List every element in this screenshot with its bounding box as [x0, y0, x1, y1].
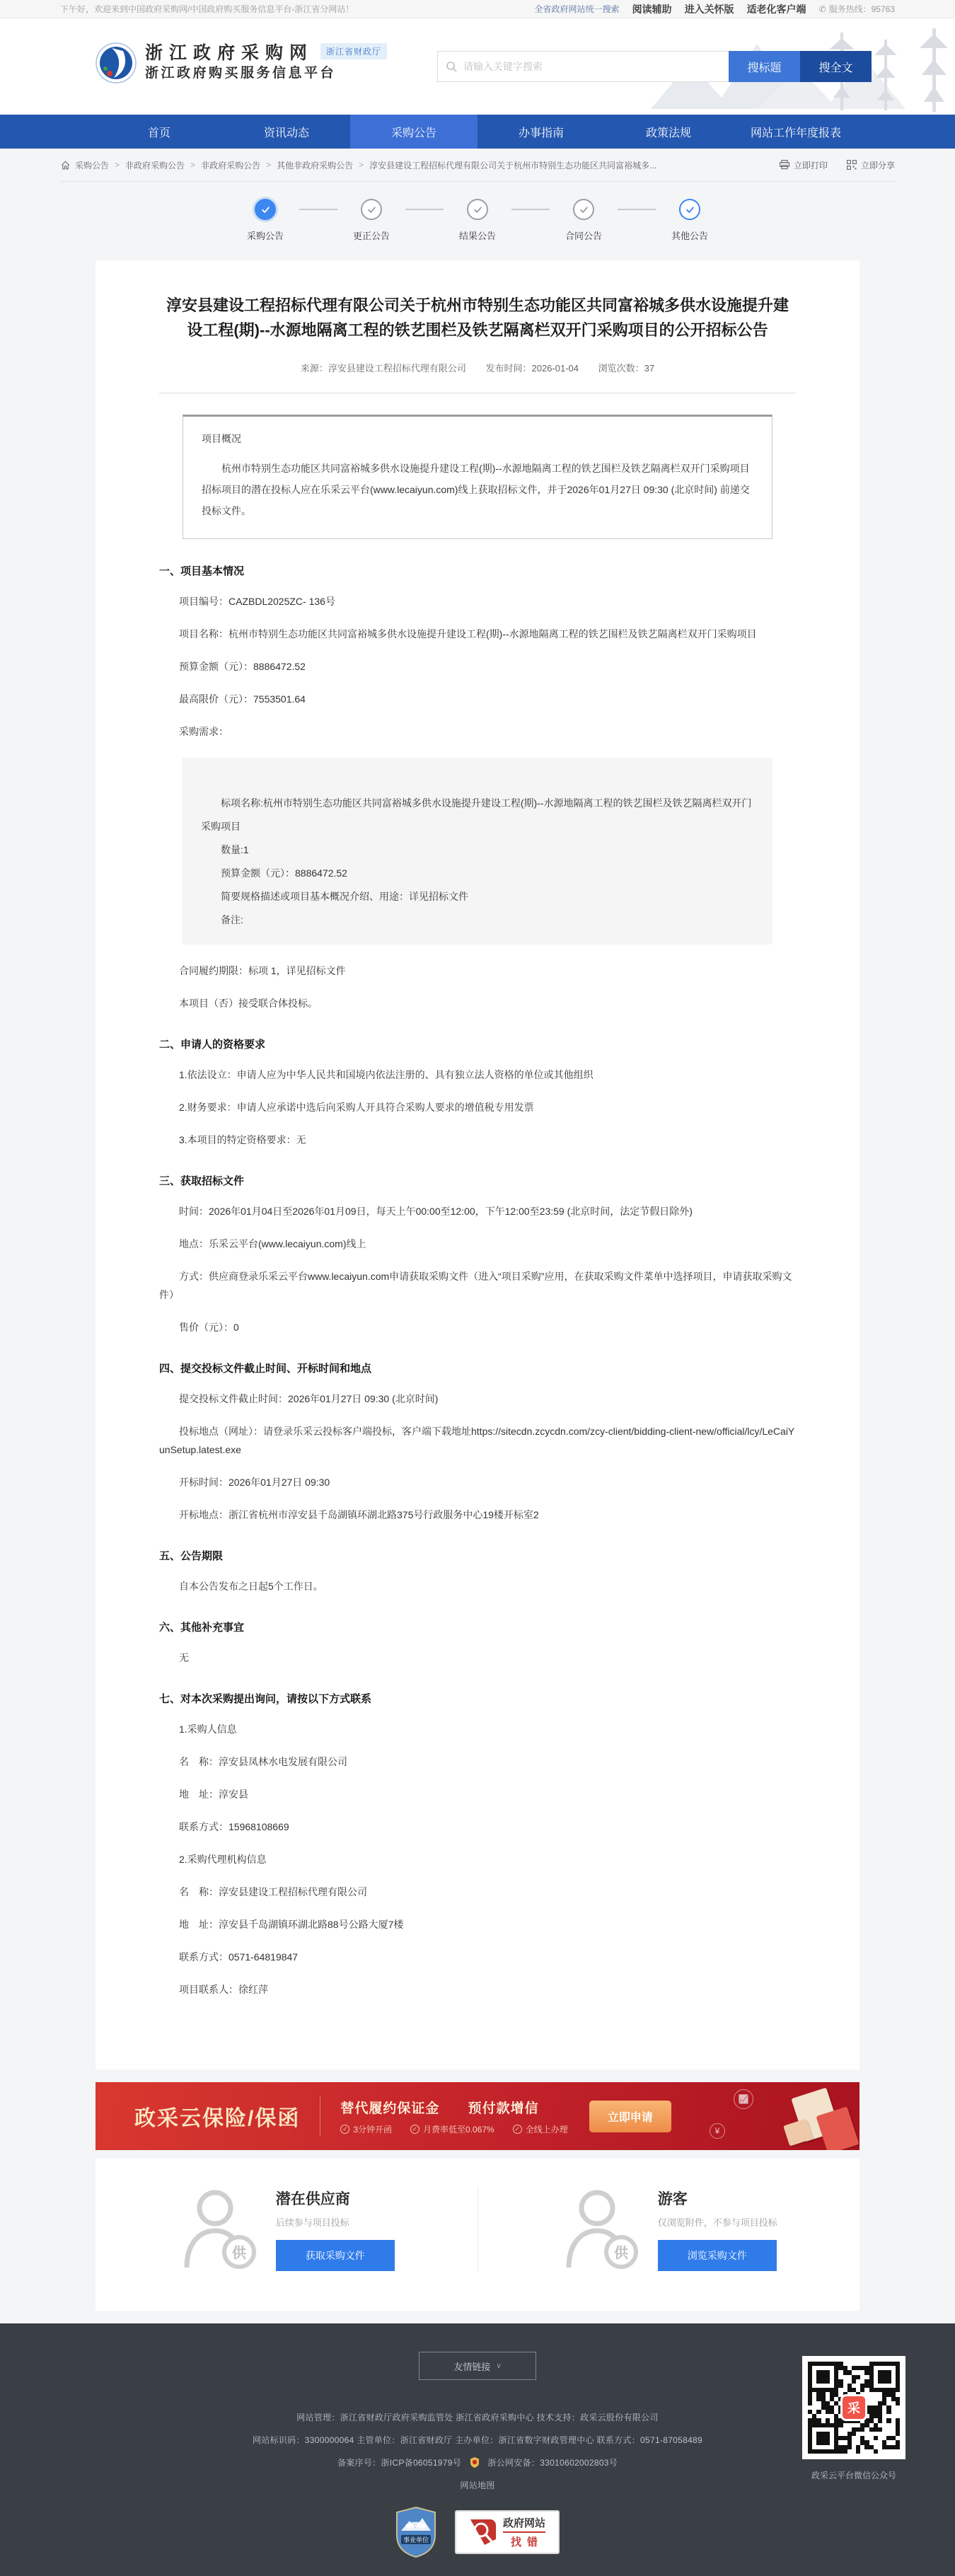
- breadcrumb-item-3[interactable]: 非政府采购公告: [201, 159, 260, 171]
- step-1[interactable]: 采购公告: [240, 199, 291, 242]
- step-5[interactable]: 其他公告: [664, 199, 715, 242]
- share-qr-icon: [846, 159, 857, 171]
- banner-feature-3: ✓全线上办理: [513, 2123, 568, 2135]
- action-panels: 供 潜在供应商 后续参与项目投标 获取采购文件 供 游客 仅浏览附件，不参与项目…: [95, 2159, 859, 2311]
- banner-slogan-1: 替代履约保证金: [340, 2101, 439, 2116]
- magnifier-icon: [469, 2518, 497, 2546]
- qr-code: 采: [802, 2356, 905, 2459]
- topbar-link-unified-search[interactable]: 全省政府网站统一搜索: [535, 3, 620, 15]
- search-fulltext-button[interactable]: 搜全文: [800, 51, 872, 82]
- site-footer: 友情链接 ∨ 网站管理：浙江省财政厅政府采购监管处 浙江省政府采购中心 技术支持…: [0, 2323, 955, 2576]
- body-line: 3.本项目的特定资格要求：无: [159, 1131, 796, 1149]
- step-check-icon: [255, 199, 276, 220]
- phone-icon: ✆: [819, 4, 826, 14]
- step-check-icon: [679, 199, 700, 220]
- section-heading: 一、项目基本情况: [159, 563, 796, 578]
- step-4[interactable]: 合同公告: [558, 199, 609, 242]
- topbar-links: 全省政府网站统一搜索 阅读辅助 进入关怀版 适老化客户端 ✆ 服务热线：9576…: [535, 2, 895, 16]
- topbar-link-elderly-client[interactable]: 适老化客户端: [747, 2, 806, 16]
- visitor-panel-title: 游客: [658, 2188, 777, 2209]
- step-connector-line: [405, 209, 444, 210]
- body-line: 采购需求：: [159, 722, 796, 741]
- svg-text:供: 供: [232, 2245, 247, 2261]
- page-body: 采购公告 > 非政府采购公告 > 非政府采购公告 > 其他非政府采购公告 > 淳…: [0, 149, 955, 2323]
- search-icon: [446, 61, 457, 72]
- announcement-card: 淳安县建设工程招标代理有限公司关于杭州市特别生态功能区共同富裕城多供水设施提升建…: [95, 260, 859, 2069]
- step-label: 合同公告: [565, 229, 602, 242]
- step-connector-line: [299, 209, 337, 210]
- project-overview-text: 杭州市特别生态功能区共同富裕城多供水设施提升建设工程(期)--水源地隔离工程的铁…: [202, 458, 753, 521]
- site-search: 搜标题 搜全文: [437, 51, 872, 82]
- share-label: 立即分享: [861, 159, 895, 171]
- meta-pubtime: 发布时间：2026-01-04: [486, 363, 579, 374]
- body-line: 地 址：淳安县千岛湖镇环湖北路88号公路大厦7楼: [159, 1915, 796, 1934]
- body-line: 联系方式：0571-64819847: [159, 1948, 796, 1966]
- banner-slogan-2: 预付款增信: [468, 2101, 539, 2116]
- body-line: 开标地点：浙江省杭州市淳安县千岛湖镇环湖北路375号行政服务中心19楼开标室2: [159, 1506, 796, 1524]
- meta-source: 来源：淳安县建设工程招标代理有限公司: [301, 363, 466, 374]
- main-nav: 首页 资讯动态 采购公告 办事指南 政策法规 网站工作年度报表: [0, 115, 955, 149]
- banner-title: 政采云保险/保函: [134, 2101, 300, 2132]
- body-line: 项目编号：CAZBDL2025ZC- 136号: [159, 592, 796, 611]
- dept-badge: 浙江省财政厅: [320, 43, 387, 59]
- home-icon[interactable]: [60, 160, 71, 171]
- nav-item-annual-report[interactable]: 网站工作年度报表: [732, 115, 859, 149]
- meta-views: 浏览次数：37: [598, 363, 654, 374]
- nav-item-news[interactable]: 资讯动态: [223, 115, 350, 149]
- breadcrumb-separator: >: [266, 160, 271, 170]
- lot-info-line: 简要规格描述或项目基本概况介绍、用途：详见招标文件: [201, 885, 754, 908]
- step-connector-line: [511, 209, 550, 210]
- police-badge-icon: [470, 2457, 480, 2468]
- breadcrumb-separator: >: [190, 160, 195, 170]
- lot-info-box: 标项名称:杭州市特别生态功能区共同富裕城多供水设施提升建设工程(期)--水源地隔…: [183, 758, 772, 945]
- body-line: 地点：乐采云平台(www.lecaiyun.com)线上: [159, 1235, 796, 1253]
- body-line: 方式：供应商登录乐采云平台www.lecaiyun.com申请获取采购文件（进入…: [159, 1267, 796, 1304]
- get-procurement-docs-button[interactable]: 获取采购文件: [276, 2240, 395, 2271]
- nav-item-home[interactable]: 首页: [95, 115, 223, 149]
- greeting-text: 下午好，欢迎来到中国政府采购网/中国政府购买服务信息平台-浙江省分网站！: [60, 3, 354, 15]
- service-hotline-text: 服务热线：95763: [829, 3, 895, 15]
- project-overview-title: 项目概况: [202, 428, 753, 449]
- visitor-person-icon: 供: [560, 2187, 639, 2272]
- meta-divider: [159, 393, 796, 393]
- top-utility-bar: 下午好，欢迎来到中国政府采购网/中国政府购买服务信息平台-浙江省分网站！ 全省政…: [0, 0, 955, 18]
- site-emblem-icon: [95, 42, 137, 83]
- check-circle-icon: ✓: [513, 2125, 522, 2134]
- breadcrumb-current: 淳安县建设工程招标代理有限公司关于杭州市特别生态功能区共同富裕城多...: [369, 159, 656, 171]
- supplier-panel: 供 潜在供应商 后续参与项目投标 获取采购文件: [95, 2187, 477, 2272]
- announcement-meta: 来源：淳安县建设工程招标代理有限公司 发布时间：2026-01-04 浏览次数：…: [159, 361, 796, 374]
- banner-slogans: 替代履约保证金 预付款增信 ✓3分钟开函 ✓月费率低至0.067% ✓全线上办理: [340, 2098, 567, 2135]
- banner-illustration: 📈 ¥: [697, 2082, 859, 2150]
- section-heading: 七、对本次采购提出询问，请按以下方式联系: [159, 1691, 796, 1706]
- icp-number: 备案序号：浙ICP备06051979号: [337, 2458, 461, 2468]
- body-line: 提交投标文件截止时间：2026年01月27日 09:30 (北京时间): [159, 1390, 796, 1408]
- body-line: 名 称：淳安县凤林水电发展有限公司: [159, 1752, 796, 1771]
- banner-apply-button[interactable]: 立即申请: [589, 2101, 671, 2132]
- section-heading: 二、申请人的资格要求: [159, 1036, 796, 1051]
- qr-caption: 政采云平台微信公众号: [802, 2469, 905, 2481]
- site-header: 浙江政府采购网浙江省财政厅 浙江政府购买服务信息平台 搜标题 搜全文: [0, 18, 955, 115]
- body-line: 最高限价（元）：7553501.64: [159, 690, 796, 708]
- breadcrumb-actions: 立即打印 立即分享: [779, 159, 895, 171]
- print-label: 立即打印: [794, 159, 828, 171]
- notice-type-steps: 采购公告更正公告结果公告合同公告其他公告: [0, 182, 955, 260]
- breadcrumb-bar: 采购公告 > 非政府采购公告 > 非政府采购公告 > 其他非政府采购公告 > 淳…: [60, 149, 895, 182]
- lot-info-line: 标项名称:杭州市特别生态功能区共同富裕城多供水设施提升建设工程(期)--水源地隔…: [201, 792, 754, 838]
- friendly-links-label: 友情链接: [453, 2360, 490, 2373]
- gov-badge-line1: 政府网站: [503, 2515, 545, 2533]
- supplier-person-icon: 供: [178, 2187, 257, 2272]
- site-logo[interactable]: 浙江政府采购网浙江省财政厅 浙江政府购买服务信息平台: [95, 42, 387, 83]
- qr-module: [896, 2449, 900, 2454]
- breadcrumb-item-4[interactable]: 其他非政府采购公告: [277, 159, 353, 171]
- body-line: 2.财务要求：申请人应承诺中选后向采购人开具符合采购人要求的增值税专用发票: [159, 1098, 796, 1116]
- site-subtitle: 浙江政府购买服务信息平台: [145, 64, 387, 83]
- wechat-qr-block: 采 政采云平台微信公众号: [802, 2356, 905, 2481]
- section-heading: 六、其他补充事宜: [159, 1619, 796, 1634]
- body-line: 联系方式：15968108669: [159, 1818, 796, 1836]
- nav-item-policies[interactable]: 政策法规: [605, 115, 732, 149]
- gov-badge-line2: 找错: [505, 2534, 543, 2549]
- step-label: 结果公告: [459, 229, 496, 242]
- share-button[interactable]: 立即分享: [846, 159, 895, 171]
- section-heading: 五、公告期限: [159, 1548, 796, 1563]
- banner-feature-2: ✓月费率低至0.067%: [410, 2123, 494, 2135]
- breadcrumb-separator: >: [115, 160, 120, 170]
- public-institution-badge[interactable]: 事业单位: [395, 2507, 436, 2558]
- supplier-panel-desc: 后续参与项目投标: [276, 2215, 395, 2229]
- body-line: 合同履约期限：标项 1，详见招标文件: [159, 961, 796, 980]
- step-3[interactable]: 结果公告: [452, 199, 503, 242]
- topbar-link-reading-aid[interactable]: 阅读辅助: [632, 2, 672, 16]
- browse-procurement-docs-button[interactable]: 浏览采购文件: [658, 2240, 777, 2271]
- breadcrumb-separator: >: [359, 160, 364, 170]
- breadcrumb: 采购公告 > 非政府采购公告 > 非政府采购公告 > 其他非政府采购公告 > 淳…: [60, 159, 656, 171]
- nav-item-service-guide[interactable]: 办事指南: [477, 115, 605, 149]
- body-line: 项目联系人：徐红萍: [159, 1980, 796, 1999]
- announcement-sections: 一、项目基本情况项目编号：CAZBDL2025ZC- 136号项目名称：杭州市特…: [159, 563, 796, 1999]
- check-circle-icon: ✓: [340, 2125, 349, 2134]
- search-title-button[interactable]: 搜标题: [729, 51, 800, 82]
- body-line: 无: [159, 1648, 796, 1667]
- supplier-panel-title: 潜在供应商: [276, 2188, 395, 2209]
- body-line: 2.采购代理机构信息: [159, 1850, 796, 1869]
- project-overview-box: 项目概况 杭州市特别生态功能区共同富裕城多供水设施提升建设工程(期)--水源地隔…: [183, 415, 772, 539]
- announcement-title: 淳安县建设工程招标代理有限公司关于杭州市特别生态功能区共同富裕城多供水设施提升建…: [166, 293, 789, 342]
- body-line: 本项目（否）接受联合体投标。: [159, 994, 796, 1012]
- search-input[interactable]: [437, 51, 729, 82]
- qr-center-logo: 采: [840, 2394, 867, 2421]
- svg-text:事业单位: 事业单位: [403, 2536, 429, 2543]
- step-check-icon: [573, 199, 594, 220]
- step-label: 采购公告: [247, 229, 284, 242]
- print-button[interactable]: 立即打印: [779, 159, 828, 171]
- body-line: 投标地点（网址）：请登录乐采云投标客户端投标，客户端下载地址https://si…: [159, 1422, 796, 1459]
- step-2[interactable]: 更正公告: [346, 199, 397, 242]
- printer-icon: [779, 159, 790, 171]
- body-line: 名 称：淳安县建设工程招标代理有限公司: [159, 1883, 796, 1901]
- step-connector-line: [618, 209, 656, 210]
- chevron-down-icon: ∨: [496, 2362, 501, 2370]
- body-line: 1.依法设立：申请人应为中华人民共和国境内依法注册的、具有独立法人资格的单位或其…: [159, 1065, 796, 1084]
- site-title: 浙江政府采购网: [145, 42, 313, 64]
- check-circle-icon: ✓: [410, 2125, 419, 2134]
- step-check-icon: [467, 199, 488, 220]
- body-line: 时间：2026年01月04日至2026年01月09日，每天上午00:00至12:…: [159, 1202, 796, 1220]
- step-label: 更正公告: [353, 229, 390, 242]
- breadcrumb-item-2[interactable]: 非政府采购公告: [125, 159, 185, 171]
- lot-info-line: 预算金额（元）：8886472.52: [201, 862, 754, 885]
- body-line: 自本公告发布之日起5个工作日。: [159, 1577, 796, 1595]
- visitor-panel-desc: 仅浏览附件，不参与项目投标: [658, 2215, 777, 2229]
- gov-website-error-report-badge[interactable]: 政府网站 找错: [455, 2510, 560, 2554]
- visitor-panel: 供 游客 仅浏览附件，不参与项目投标 浏览采购文件: [477, 2187, 860, 2272]
- body-line: 项目名称：杭州市特别生态功能区共同富裕城多供水设施提升建设工程(期)--水源地隔…: [159, 625, 796, 643]
- body-line: 售价（元）：0: [159, 1318, 796, 1336]
- security-record-number: 浙公网安备：33010602002803号: [487, 2458, 618, 2468]
- body-line: 开标时间：2026年01月27日 09:30: [159, 1473, 796, 1491]
- site-title-block: 浙江政府采购网浙江省财政厅 浙江政府购买服务信息平台: [145, 42, 387, 83]
- zcy-insurance-banner: 政采云保险/保函 替代履约保证金 预付款增信 ✓3分钟开函 ✓月费率低至0.06…: [95, 2082, 859, 2150]
- lot-info-line: 数量:1: [201, 838, 754, 862]
- friendly-links-dropdown[interactable]: 友情链接 ∨: [419, 2352, 536, 2380]
- section-heading: 四、提交投标文件截止时间、开标时间和地点: [159, 1361, 796, 1375]
- body-line: 1.采购人信息: [159, 1720, 796, 1738]
- body-line: 地 址：淳安县: [159, 1785, 796, 1803]
- nav-item-procurement-notices[interactable]: 采购公告: [350, 115, 477, 149]
- lot-info-line: 备注:: [201, 908, 754, 932]
- service-hotline: ✆ 服务热线：95763: [819, 3, 895, 15]
- section-heading: 三、获取招标文件: [159, 1173, 796, 1188]
- topbar-link-care-version[interactable]: 进入关怀版: [685, 2, 734, 16]
- step-label: 其他公告: [671, 229, 708, 242]
- breadcrumb-item-1[interactable]: 采购公告: [75, 159, 109, 171]
- step-check-icon: [361, 199, 382, 220]
- banner-divider: [320, 2096, 320, 2136]
- banner-feature-1: ✓3分钟开函: [340, 2123, 392, 2135]
- body-line: 预算金额（元）：8886472.52: [159, 657, 796, 676]
- footer-badges: 事业单位 政府网站 找错: [0, 2507, 955, 2558]
- svg-text:供: 供: [614, 2245, 629, 2261]
